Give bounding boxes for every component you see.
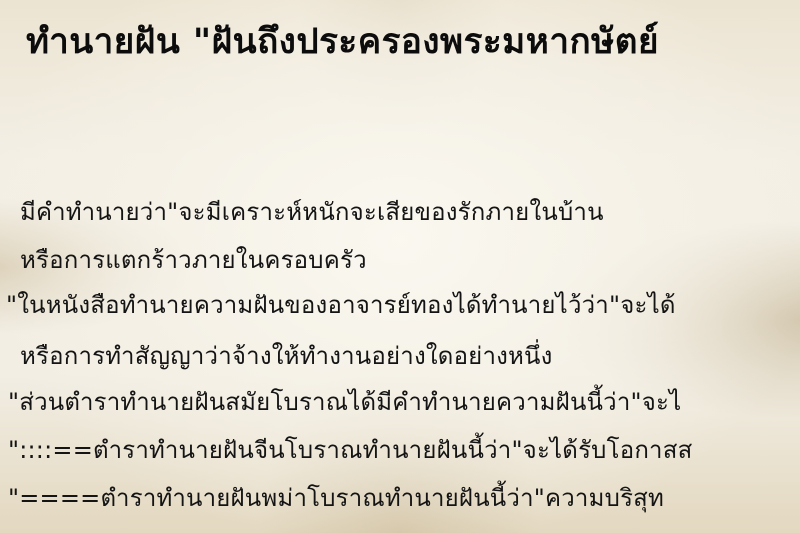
document-page: ทำนายฝัน "ฝันถึงประครองพระมหากษัตย์ มีคำ… [0,0,800,533]
text-line: "====ตำราทำนายฝันพม่าโบราณทำนายฝันนี้ว่า… [8,478,664,517]
text-line: "ในหนังสือทำนายความฝันของอาจารย์ทองได้ทำ… [6,285,676,324]
text-line: หรือการทำสัญญาว่าจ้างให้ทำงานอย่างใดอย่า… [20,336,553,375]
text-line: "ส่วนตำราทำนายฝันสมัยโบราณได้มีคำทำนายคว… [8,382,681,421]
text-line: หรือการแตกร้าวภายในครอบครัว [20,240,367,279]
text-line: มีคำทำนายว่า"จะมีเคราะห์หนักจะเสียของรัก… [20,192,604,231]
page-title: ทำนายฝัน "ฝันถึงประครองพระมหากษัตย์ [26,14,659,69]
text-line: "::::==ตำราทำนายฝันจีนโบราณทำนายฝันนี้ว่… [8,430,692,469]
